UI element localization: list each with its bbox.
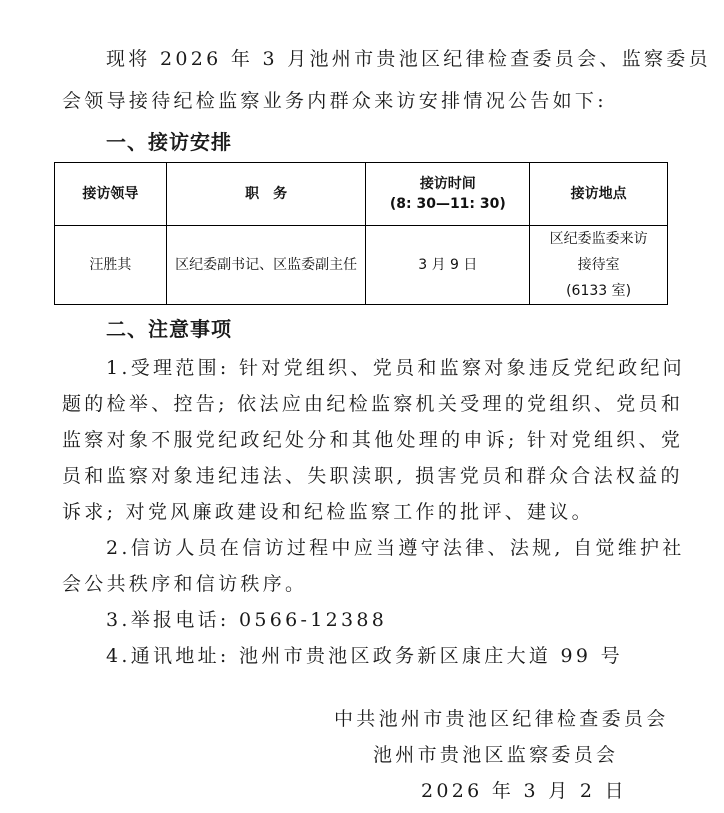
note-3-hotline: 3.举报电话: 0566-12388: [106, 607, 696, 633]
cell-date: 3 月 9 日: [366, 226, 530, 305]
header-time-title: 接访时间: [366, 174, 529, 194]
intro-line-2: 会领导接待纪检监察业务内群众来访安排情况公告如下:: [62, 88, 652, 114]
note-2-line-2: 会公共秩序和信访秩序。: [62, 571, 652, 597]
note-1-line-2: 题的检举、控告; 依法应由纪检监察机关受理的党组织、党员和: [62, 391, 652, 417]
cell-location-line-3: (6133 室): [530, 278, 667, 304]
note-1-line-3: 监察对象不服党纪政纪处分和其他处理的申诉; 针对党组织、党: [62, 427, 652, 453]
header-time-range: (8: 30—11: 30): [366, 194, 529, 214]
section-heading-notes: 二、注意事项: [106, 316, 232, 342]
header-time: 接访时间 (8: 30—11: 30): [366, 163, 530, 226]
signature-org-1: 中共池州市贵池区纪律检查委员会: [334, 706, 669, 732]
note-1-line-5: 诉求; 对党风廉政建设和纪检监察工作的批评、建议。: [62, 499, 652, 525]
note-4-address: 4.通讯地址: 池州市贵池区政务新区康庄大道 99 号: [106, 643, 696, 669]
cell-position: 区纪委副书记、区监委副主任: [166, 226, 366, 305]
note-1-line-4: 员和监察对象违纪违法、失职渎职, 损害党员和群众合法权益的: [62, 463, 652, 489]
signature-date: 2026 年 3 月 2 日: [421, 778, 627, 804]
schedule-table: 接访领导 职 务 接访时间 (8: 30—11: 30) 接访地点 汪胜其 区纪…: [54, 162, 668, 305]
header-location: 接访地点: [530, 163, 668, 226]
header-leader: 接访领导: [55, 163, 167, 226]
header-position: 职 务: [166, 163, 366, 226]
cell-location-line-1: 区纪委监委来访: [530, 226, 667, 252]
cell-location-line-2: 接待室: [530, 252, 667, 278]
cell-location: 区纪委监委来访 接待室 (6133 室): [530, 226, 668, 305]
table-row: 汪胜其 区纪委副书记、区监委副主任 3 月 9 日 区纪委监委来访 接待室 (6…: [55, 226, 668, 305]
table-header-row: 接访领导 职 务 接访时间 (8: 30—11: 30) 接访地点: [55, 163, 668, 226]
note-1-line-1: 1.受理范围: 针对党组织、党员和监察对象违反党纪政纪问: [106, 355, 696, 381]
signature-org-2: 池州市贵池区监察委员会: [373, 742, 618, 768]
note-2-line-1: 2.信访人员在信访过程中应当遵守法律、法规, 自觉维护社: [106, 535, 696, 561]
cell-leader: 汪胜其: [55, 226, 167, 305]
intro-line-1: 现将 2026 年 3 月池州市贵池区纪律检查委员会、监察委员: [106, 46, 696, 72]
section-heading-schedule: 一、接访安排: [106, 129, 232, 155]
